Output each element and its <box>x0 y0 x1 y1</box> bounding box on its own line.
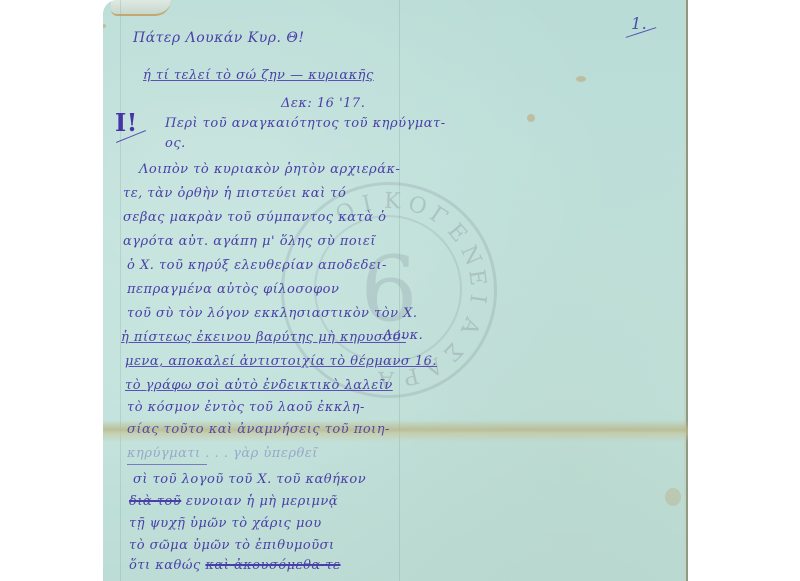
margin-note: Λουκ. <box>383 328 423 343</box>
struck-text: διὰ τοῦ <box>129 494 181 509</box>
body-line: τὸ σῶμα ὑμῶν τὸ ἐπιθυμοῦσι <box>129 538 335 553</box>
letter-subtitle: ή τί τελεί τὸ σώ ζην — κυριακῆς <box>143 68 374 83</box>
body-line: σεβας μακρὰν τοῦ σύμπαντος κατὰ ὁ <box>123 210 386 225</box>
separator-stroke <box>127 464 207 465</box>
section-heading-line: ος. <box>165 136 186 151</box>
body-line: σίας τοῦτο καὶ ἀναμνήσεις τοῦ ποιη- <box>127 422 390 437</box>
body-line-underlined: ἡ πίστεως ἐκεινου βαρύτης μὴ κηρυσσό- <box>121 330 406 345</box>
body-line: διὰ τοῦ ευνοιαν ἡ μὴ μεριμνᾷ <box>129 494 338 509</box>
paper-stain <box>527 114 535 122</box>
body-line: ὁ Χ. τοῦ κηρύξ ελευθερίαν αποδεδει- <box>127 258 387 273</box>
body-line-underlined: τὸ γράφω σοὶ αὐτὸ ἐνδεικτικὸ λαλεῖν <box>125 378 393 393</box>
letter-date: Δεκ: 16 '17. <box>281 96 365 111</box>
manuscript-page: Ο Ι Κ Ο Γ Ε Ν Ε Ι Α Σ Α Ρ Α 6 1. Πάτερ Λ… <box>103 0 688 581</box>
body-line: ὅτι καθώς καὶ ἀκουσόμεθα τε <box>129 558 341 573</box>
section-heading-line: Περὶ τοῦ αναγκαιότητος τοῦ κηρύγματ- <box>165 116 446 131</box>
struck-text: καὶ ἀκουσόμεθα τε <box>205 558 340 573</box>
left-margin-crease <box>120 0 121 581</box>
body-line: τὸ κόσμον ἐντὸς τοῦ λαοῦ ἐκκλη- <box>127 400 365 415</box>
letter-salutation: Πάτερ Λουκάν Κυρ. Θ! <box>133 30 304 46</box>
body-line: σὶ τοῦ λογοῦ τοῦ Χ. τοῦ καθήκον <box>133 472 366 487</box>
stamp-center-emblem: 6 <box>354 240 424 340</box>
paper-stain <box>576 76 586 82</box>
body-line: Λοιπὸν τὸ κυριακὸν ῥητὸν αρχιεράκ- <box>139 162 400 177</box>
body-line-start: ὅτι καθώς <box>129 558 201 573</box>
body-line: τῇ ψυχῇ ὑμῶν τὸ χάρις μου <box>129 516 322 531</box>
section-marker: I! <box>115 108 138 137</box>
body-line: πεπραγμένα αὐτὸς φίλοσοφον <box>127 282 339 297</box>
body-line: τοῦ σὺ τὸν λόγον εκκλησιαστικὸν τὸν Χ. <box>127 306 418 321</box>
paper-stain <box>103 24 106 28</box>
body-line-rest: ευνοιαν ἡ μὴ μεριμνᾷ <box>181 494 338 509</box>
faded-fold-text: κηρύγματι . . . γὰρ ὑπερθεῖ <box>127 446 318 461</box>
body-line: αγρότα αὐτ. αγάπη μ' ὅλης σὺ ποιεῖ <box>123 234 376 249</box>
paper-stain <box>665 488 681 506</box>
body-line: τε, τὰν ὀρθὴν ἡ πιστεύει καὶ τό <box>123 186 346 201</box>
body-line-underlined: μενα, αποκαλεί ἀντιστοιχία τὸ θέρμανσ 16… <box>125 354 437 369</box>
